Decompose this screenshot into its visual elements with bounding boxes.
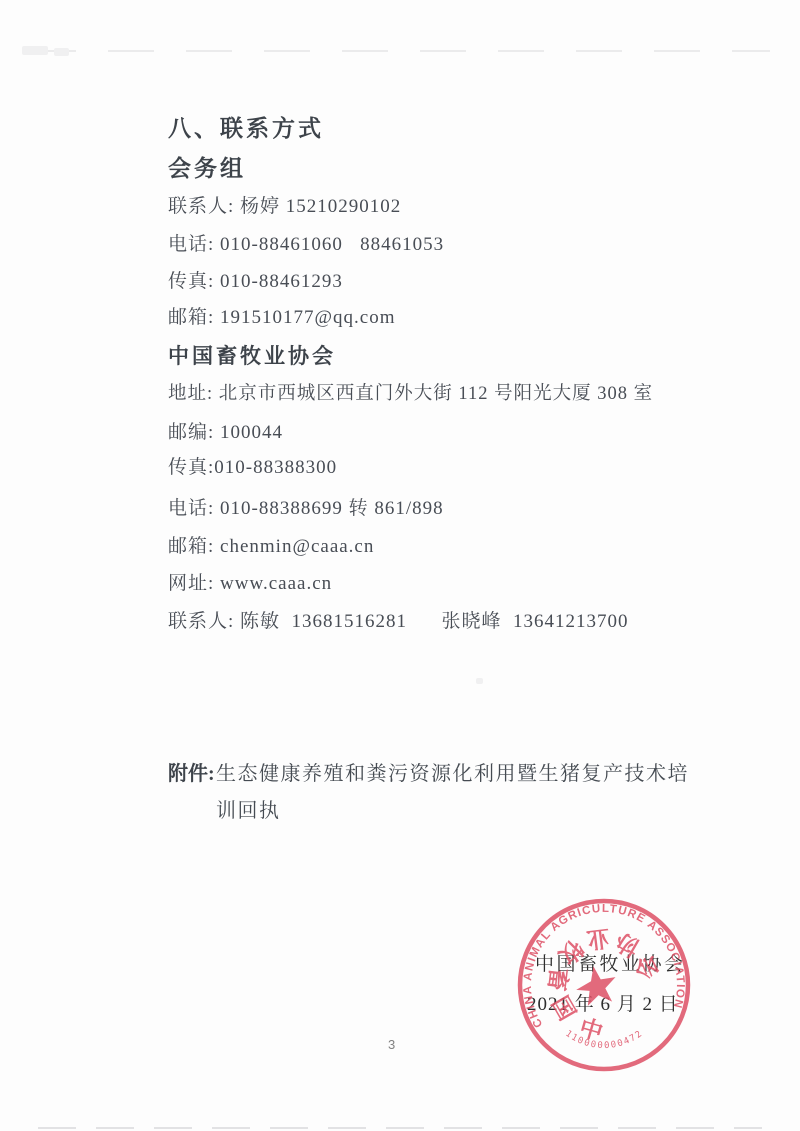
- contact-line: 邮编: 100044: [168, 417, 283, 444]
- seal-ring-char: 会: [631, 952, 664, 983]
- group-title-conference: 会务组: [168, 150, 246, 183]
- attachment-label: 附件:: [168, 757, 215, 786]
- seal-ring-char: 畜: [544, 966, 573, 992]
- contact-line: 电话: 010-88461060 88461053: [168, 229, 444, 256]
- scanned-document-page: 八、联系方式 会务组 联系人: 杨婷 15210290102 电话: 010-8…: [0, 0, 800, 1131]
- contact-line: 传真:010-88388300: [168, 452, 337, 479]
- seal-ring-char: 协: [610, 927, 643, 961]
- page-number: 3: [388, 1037, 395, 1052]
- contact-line: 联系人: 杨婷 15210290102: [168, 191, 401, 218]
- scan-smudge: [22, 46, 48, 55]
- contact-line: 邮箱: chenmin@caaa.cn: [168, 531, 374, 558]
- seal-ring-char: 牧: [554, 935, 589, 970]
- attachment-title-line2: 训回执: [216, 794, 281, 823]
- scan-smudge: [476, 678, 483, 684]
- contact-line: 联系人: 陈敏 13681516281 张晓峰 13641213700: [168, 606, 629, 633]
- attachment-title-line1: 生态健康养殖和粪污资源化利用暨生猪复产技术培: [216, 757, 689, 786]
- seal-ring-char: 国: [547, 992, 580, 1024]
- official-seal-stamp: CHINA ANIMAL AGRICULTURE ASSOCIATION 110…: [512, 896, 696, 1080]
- contact-line: 传真: 010-88461293: [168, 266, 343, 293]
- seal-star-icon: [576, 966, 615, 1006]
- contact-line: 地址: 北京市西城区西直门外大街 112 号阳光大厦 308 室: [168, 379, 653, 405]
- contact-line: 邮箱: 191510177@qq.com: [168, 302, 396, 329]
- contact-line: 电话: 010-88388699 转 861/898: [168, 493, 444, 520]
- scan-smudge: [54, 48, 69, 56]
- scan-edge-artifact: [38, 1127, 762, 1129]
- seal-ring-char: 业: [585, 925, 611, 953]
- contact-line: 网址: www.caaa.cn: [168, 568, 332, 595]
- section-title: 八、联系方式: [168, 110, 324, 143]
- group-title-association: 中国畜牧业协会: [168, 340, 336, 370]
- scan-artifact-line: [30, 50, 770, 52]
